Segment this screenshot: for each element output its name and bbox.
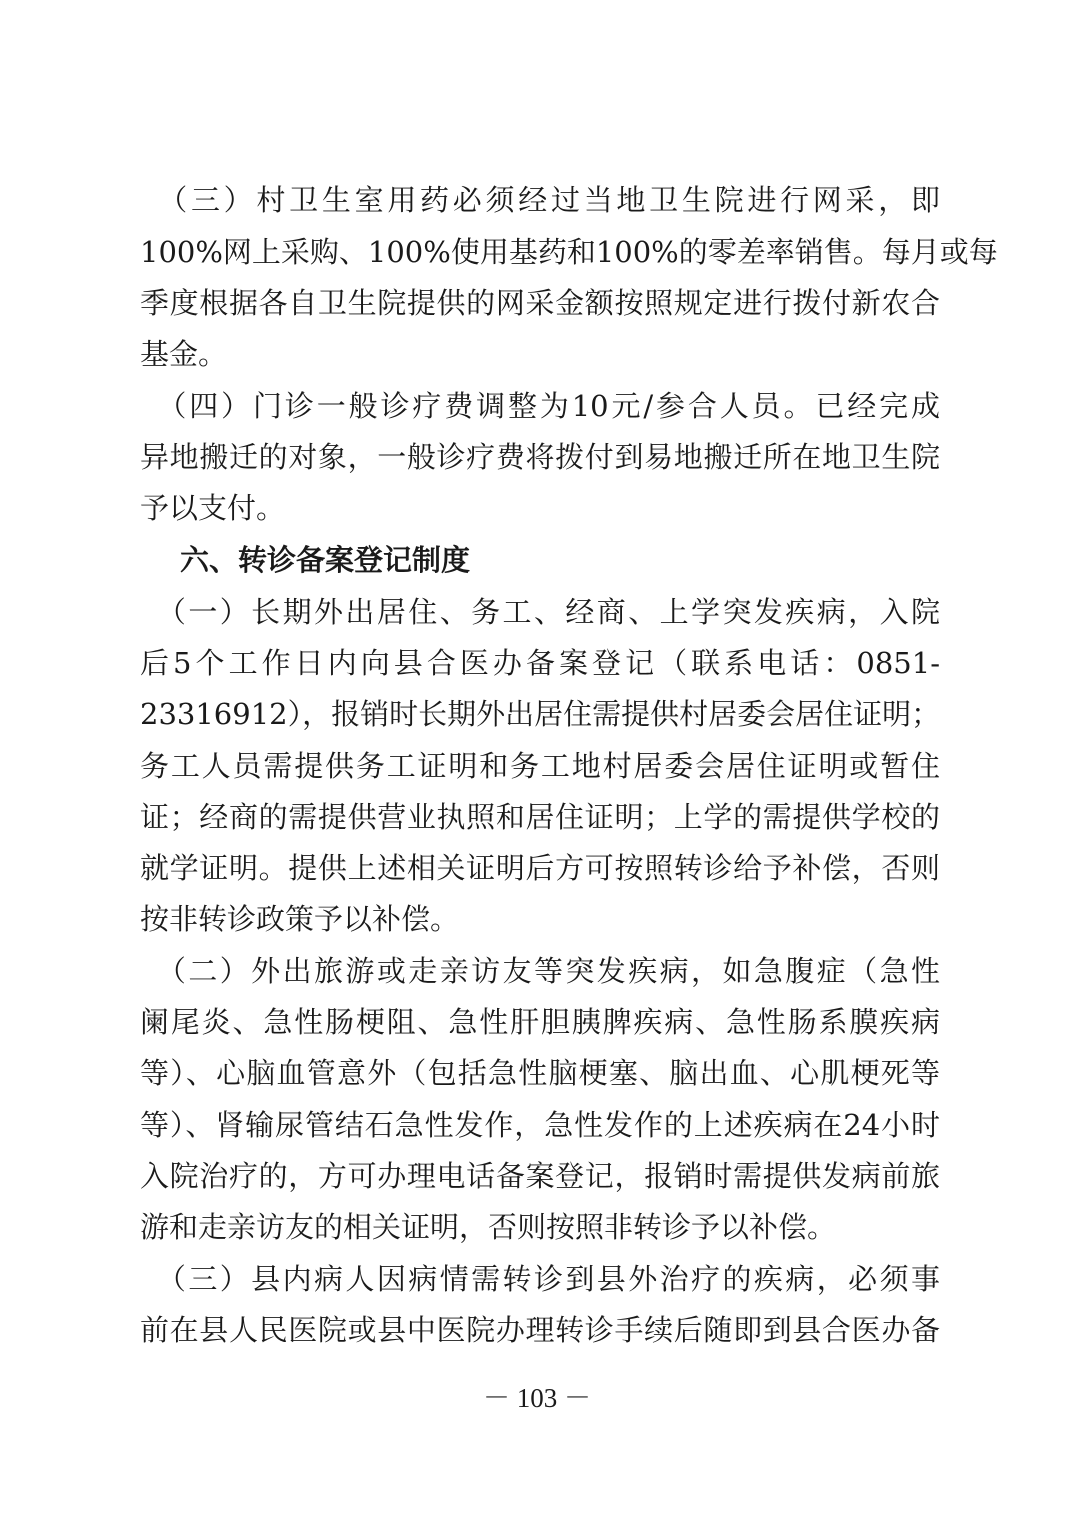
- text-line: （三）村卫生室用药必须经过当地卫生院进行网采，即: [140, 180, 940, 220]
- text-line: 按非转诊政策予以补偿。: [140, 899, 940, 939]
- text-line: 季度根据各自卫生院提供的网采金额按照规定进行拨付新农合: [140, 283, 940, 323]
- page-number: － 103 －: [0, 1376, 1074, 1415]
- text-line: 等）、肾输尿管结石急性发作，急性发作的上述疾病在24小时: [140, 1105, 940, 1145]
- section-heading: 六、转诊备案登记制度: [180, 540, 470, 580]
- text-line: 务工人员需提供务工证明和务工地村居委会居住证明或暂住: [140, 746, 940, 786]
- text-line: （一）长期外出居住、务工、经商、上学突发疾病，入院: [140, 592, 940, 632]
- text-line: 游和走亲访友的相关证明，否则按照非转诊予以补偿。: [140, 1207, 940, 1247]
- text-line: （二）外出旅游或走亲访友等突发疾病，如急腹症（急性: [140, 951, 940, 991]
- text-line: （四）门诊一般诊疗费调整为10元/参合人员。已经完成: [140, 386, 940, 426]
- text-line: 异地搬迁的对象，一般诊疗费将拨付到易地搬迁所在地卫生院: [140, 437, 940, 477]
- text-line: 100%网上采购、100%使用基药和100%的零差率销售。每月或每: [140, 232, 940, 272]
- text-line: 就学证明。提供上述相关证明后方可按照转诊给予补偿，否则: [140, 848, 940, 888]
- text-line: 等）、心脑血管意外（包括急性脑梗塞、脑出血、心肌梗死等: [140, 1053, 940, 1093]
- text-line: 入院治疗的，方可办理电话备案登记，报销时需提供发病前旅: [140, 1156, 940, 1196]
- text-line: 予以支付。: [140, 488, 940, 528]
- text-line: 基金。: [140, 334, 940, 374]
- text-line: 23316912），报销时长期外出居住需提供村居委会居住证明；: [140, 694, 940, 734]
- document-page: （三）村卫生室用药必须经过当地卫生院进行网采，即100%网上采购、100%使用基…: [0, 0, 1074, 1520]
- text-line: （三）县内病人因病情需转诊到县外治疗的疾病，必须事: [140, 1259, 940, 1299]
- text-line: 前在县人民医院或县中医院办理转诊手续后随即到县合医办备: [140, 1310, 940, 1350]
- text-line: 后5个工作日内向县合医办备案登记（联系电话：0851-: [140, 643, 940, 683]
- text-line: 证；经商的需提供营业执照和居住证明；上学的需提供学校的: [140, 797, 940, 837]
- text-line: 阑尾炎、急性肠梗阻、急性肝胆胰脾疾病、急性肠系膜疾病: [140, 1002, 940, 1042]
